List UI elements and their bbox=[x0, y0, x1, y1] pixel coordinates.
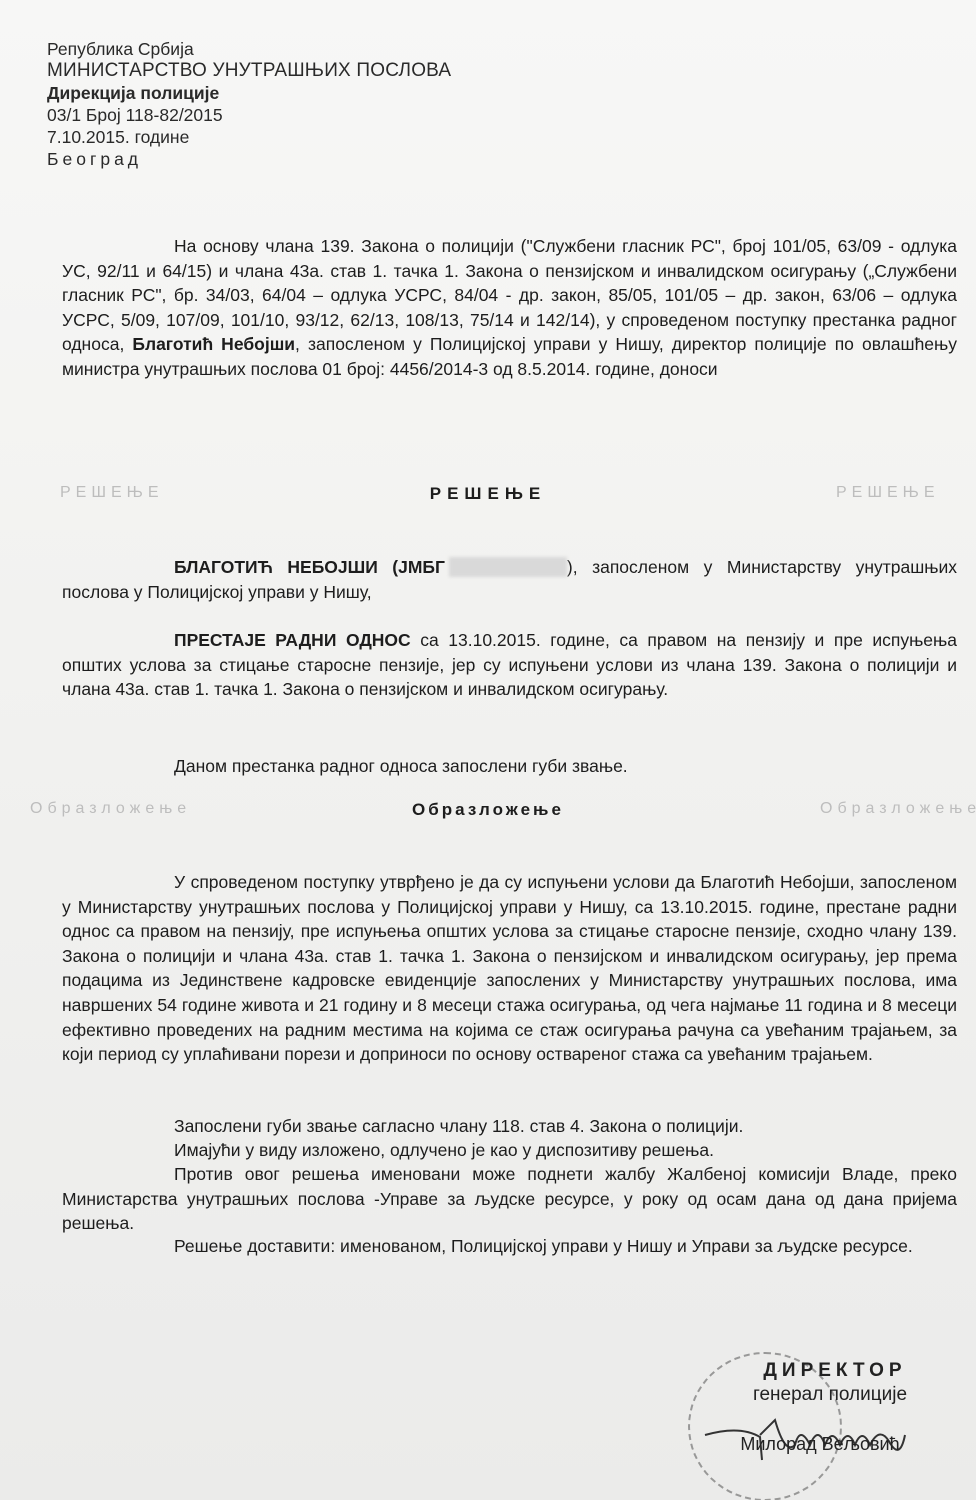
signatory-title: ДИРЕКТОР bbox=[730, 1360, 940, 1382]
reasoning-paragraph-3: Имајући у виду изложено, одлучено је као… bbox=[62, 1138, 957, 1163]
decision-paragraph-3: Даном престанка радног односа запослени … bbox=[62, 754, 957, 779]
document-date: 7.10.2015. године bbox=[47, 126, 451, 148]
signatory-name: Милорад Вељовић bbox=[700, 1434, 940, 1455]
country-name: Република Србија bbox=[47, 38, 451, 60]
reasoning-text: Запослени губи звање сагласно члану 118.… bbox=[174, 1116, 743, 1136]
decision-paragraph-1: БЛАГОТИЋ НЕБОЈШИ (ЈМБГ), запосленом у Ми… bbox=[62, 555, 957, 604]
termination-statement: ПРЕСТАЈЕ РАДНИ ОДНОС bbox=[174, 630, 411, 650]
decision-text: Даном престанка радног односа запослени … bbox=[174, 756, 628, 776]
signatory-rank: генерал полиције bbox=[720, 1384, 940, 1406]
delivery-text: Решење доставити: именованом, Полицијско… bbox=[174, 1236, 913, 1256]
ministry-name: МИНИСТАРСТВО УНУТРАШЊИХ ПОСЛОВА bbox=[47, 60, 451, 82]
redacted-jmbg bbox=[449, 557, 567, 577]
appeal-text: Против овог решења именовани може поднет… bbox=[62, 1164, 957, 1233]
letterhead: Република Србија МИНИСТАРСТВО УНУТРАШЊИХ… bbox=[47, 38, 451, 170]
decision-paragraph-2: ПРЕСТАЈЕ РАДНИ ОДНОС са 13.10.2015. годи… bbox=[62, 628, 957, 702]
reasoning-paragraph-5: Решење доставити: именованом, Полицијско… bbox=[62, 1234, 957, 1259]
reasoning-paragraph-1: У спроведеном поступку утврђено је да су… bbox=[62, 870, 957, 1067]
document-number: 03/1 Број 118-82/2015 bbox=[47, 104, 451, 126]
department-name: Дирекција полиције bbox=[47, 82, 451, 104]
employee-name-caps: БЛАГОТИЋ НЕБОЈШИ (ЈМБГ bbox=[174, 557, 445, 577]
employee-name: Благотић Небојши bbox=[132, 334, 295, 354]
document-city: Београд bbox=[47, 148, 451, 170]
reasoning-text: Имајући у виду изложено, одлучено је као… bbox=[174, 1140, 714, 1160]
decision-heading: РЕШЕЊЕ bbox=[0, 484, 976, 504]
signature-block: ДИРЕКТОР генерал полиције Милорад Вељови… bbox=[700, 1360, 940, 1455]
reasoning-text: У спроведеном поступку утврђено је да су… bbox=[62, 872, 957, 1064]
reasoning-paragraph-4: Против овог решења именовани може поднет… bbox=[62, 1162, 957, 1236]
reasoning-paragraph-2: Запослени губи звање сагласно члану 118.… bbox=[62, 1114, 957, 1139]
preamble-paragraph: На основу члана 139. Закона о полицији (… bbox=[62, 234, 957, 381]
document-page: Република Србија МИНИСТАРСТВО УНУТРАШЊИХ… bbox=[0, 0, 976, 1500]
reasoning-heading: Образложење bbox=[0, 800, 976, 820]
